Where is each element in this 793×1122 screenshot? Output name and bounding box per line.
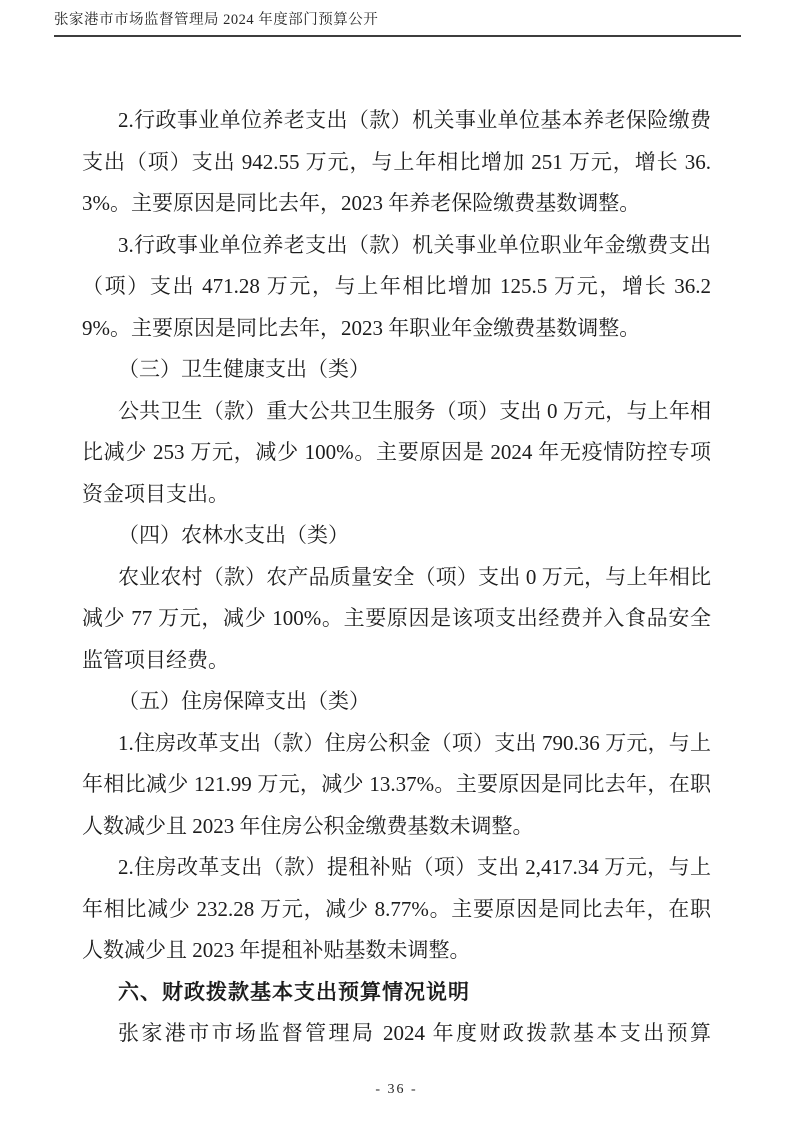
paragraph: 1.住房改革支出（款）住房公积金（项）支出 790.36 万元，与上年相比减少 … (82, 723, 711, 848)
section-heading: 六、财政拨款基本支出预算情况说明 (82, 972, 711, 1014)
running-header: 张家港市市场监督管理局 2024 年度部门预算公开 (54, 10, 741, 37)
page-number: - 36 - (375, 1082, 417, 1097)
paragraph: 2.住房改革支出（款）提租补贴（项）支出 2,417.34 万元，与上年相比减少… (82, 847, 711, 972)
page-footer: - 36 - (0, 1082, 793, 1098)
paragraph: 3.行政事业单位养老支出（款）机关事业单位职业年金缴费支出（项）支出 471.2… (82, 225, 711, 350)
sub-section-heading: （五）住房保障支出（类） (82, 681, 711, 723)
paragraph: 农业农村（款）农产品质量安全（项）支出 0 万元，与上年相比减少 77 万元，减… (82, 557, 711, 682)
paragraph: 张家港市市场监督管理局 2024 年度财政拨款基本支出预算 (82, 1013, 711, 1055)
paragraph: 公共卫生（款）重大公共卫生服务（项）支出 0 万元，与上年相比减少 253 万元… (82, 391, 711, 516)
document-body: 2.行政事业单位养老支出（款）机关事业单位基本养老保险缴费支出（项）支出 942… (82, 100, 711, 1055)
sub-section-heading: （三）卫生健康支出（类） (82, 349, 711, 391)
running-header-title: 张家港市市场监督管理局 2024 年度部门预算公开 (54, 12, 378, 28)
paragraph: 2.行政事业单位养老支出（款）机关事业单位基本养老保险缴费支出（项）支出 942… (82, 100, 711, 225)
sub-section-heading: （四）农林水支出（类） (82, 515, 711, 557)
document-page: 张家港市市场监督管理局 2024 年度部门预算公开 2.行政事业单位养老支出（款… (0, 0, 793, 1122)
